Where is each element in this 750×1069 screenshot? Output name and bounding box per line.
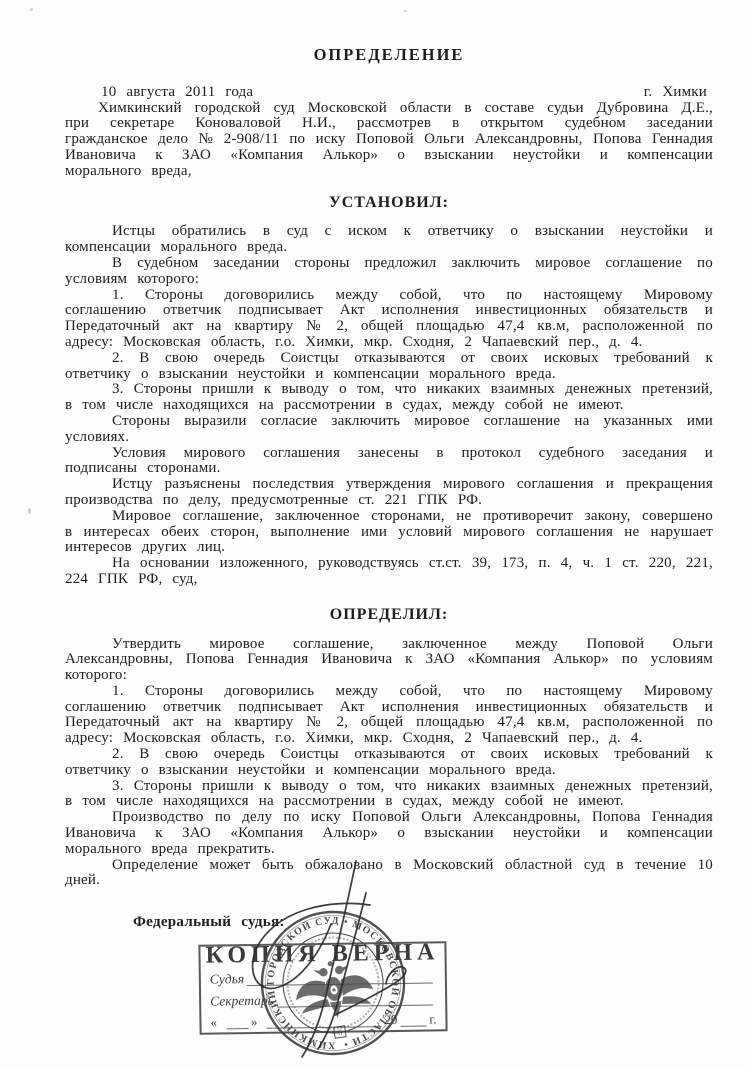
judge-signature	[180, 855, 520, 1069]
paragraph: 3. Стороны пришли к выводу о том, что ни…	[65, 779, 713, 811]
intro-paragraph: Химкинский городской суд Московской обла…	[65, 101, 713, 180]
paragraph: Истцы обратились в суд с иском к ответчи…	[65, 224, 713, 256]
paragraph: Производство по делу по иску Поповой Оль…	[65, 810, 713, 857]
date-place-row: 10 августа 2011 года г. Химки	[65, 85, 713, 101]
paragraph: 1. Стороны договорились между собой, что…	[65, 684, 713, 747]
paragraph: Истцу разъяснены последствия утверждения…	[65, 477, 713, 509]
paragraph: 1. Стороны договорились между собой, что…	[65, 288, 713, 351]
scan-artifact	[404, 10, 407, 12]
paragraph: Условия мирового соглашения занесены в п…	[65, 446, 713, 478]
paragraph: В судебном заседании стороны предложил з…	[65, 256, 713, 288]
paragraph: 2. В свою очередь Соистцы отказываются о…	[65, 747, 713, 779]
paragraph: На основании изложенного, руководствуясь…	[65, 556, 713, 588]
document-date: 10 августа 2011 года	[65, 85, 253, 101]
paragraph: 2. В свою очередь Соистцы отказываются о…	[65, 351, 713, 383]
section-heading-opredelil: ОПРЕДЕЛИЛ:	[65, 607, 713, 623]
document-title: ОПРЕДЕЛЕНИЕ	[65, 47, 713, 63]
paragraph: 3. Стороны пришли к выводу о том, что ни…	[65, 382, 713, 414]
scan-artifact	[30, 8, 33, 11]
scanned-court-document-page: ОПРЕДЕЛЕНИЕ 10 августа 2011 года г. Химк…	[0, 0, 750, 1069]
document-city: г. Химки	[644, 85, 713, 101]
section-heading-ustanovil: УСТАНОВИЛ:	[65, 195, 713, 211]
document-body: ОПРЕДЕЛЕНИЕ 10 августа 2011 года г. Химк…	[65, 47, 713, 931]
paragraph: Утвердить мировое соглашение, заключенно…	[65, 637, 713, 684]
scan-artifact	[28, 508, 31, 514]
paragraph: Мировое соглашение, заключенное сторонам…	[65, 509, 713, 556]
paragraph: Стороны выразили согласие заключить миро…	[65, 414, 713, 446]
